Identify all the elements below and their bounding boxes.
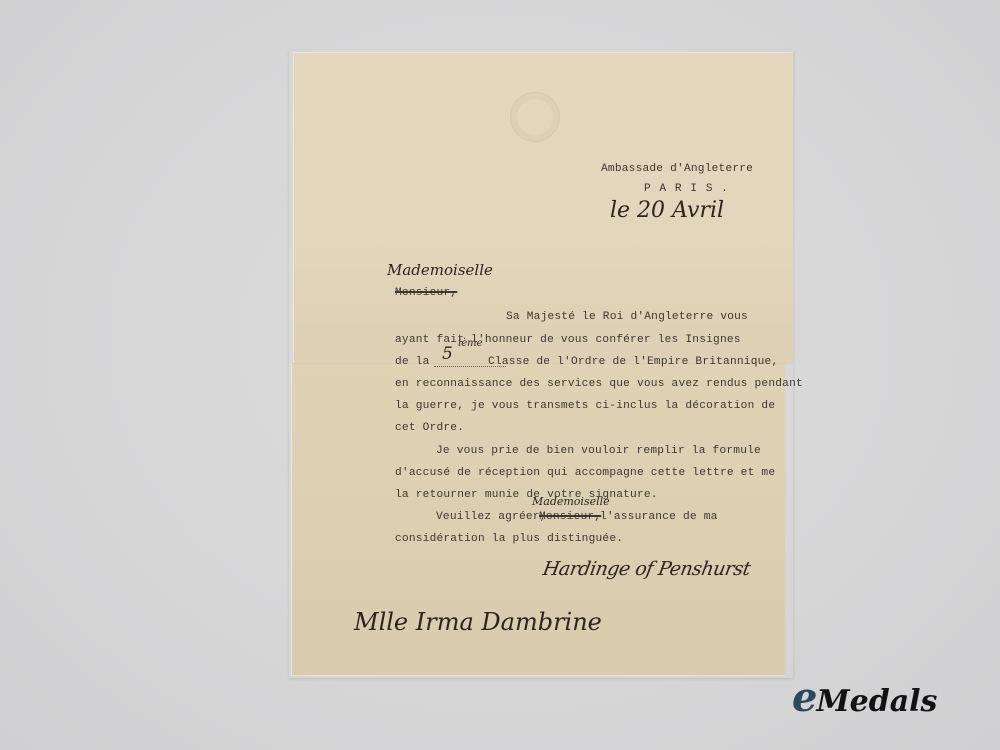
body-line-4: en reconnaissance des services que vous … — [395, 378, 803, 390]
handwritten-closing: Mademoiselle — [532, 495, 610, 508]
letterhead-institution: Ambassade d'Angleterre — [601, 163, 753, 175]
body-line-8: d'accusé de réception qui accompagne cet… — [395, 467, 775, 479]
body-line-6: cet Ordre. — [395, 422, 464, 434]
handwritten-class-suffix: ième — [458, 338, 483, 349]
handwritten-date: le 20 Avril — [610, 198, 724, 223]
body-line-7: Je vous prie de bien vouloir remplir la … — [436, 445, 761, 457]
closing-end: l'assurance de ma — [600, 511, 718, 523]
letterhead-city: P A R I S . — [644, 183, 729, 195]
handwritten-salutation: Mademoiselle — [387, 261, 493, 279]
handwritten-recipient: Mlle Irma Dambrine — [354, 608, 602, 636]
body-line-3-end: Classe de l'Ordre de l'Empire Britanniqu… — [488, 356, 778, 368]
logo-prefix: e — [792, 674, 816, 721]
embossed-emblem-icon — [510, 92, 560, 142]
body-line-1: Sa Majesté le Roi d'Angleterre vous — [506, 311, 748, 323]
closing-start: Veuillez agréer, — [436, 511, 547, 523]
body-line-5: la guerre, je vous transmets ci-inclus l… — [395, 400, 775, 412]
handwritten-class-number: 5 — [442, 344, 453, 364]
struck-closing: Monsieur, — [539, 511, 601, 523]
body-line-9: la retourner munie de votre signature. — [395, 489, 658, 501]
signature: Hardinge of Penshurst — [541, 558, 752, 580]
struck-salutation: Monsieur, — [395, 287, 457, 299]
body-line-3-start: de la — [395, 356, 430, 368]
emedals-logo: eMedals — [792, 674, 937, 718]
body-line-final: considération la plus distinguée. — [395, 533, 623, 545]
logo-name: Medals — [816, 684, 937, 719]
